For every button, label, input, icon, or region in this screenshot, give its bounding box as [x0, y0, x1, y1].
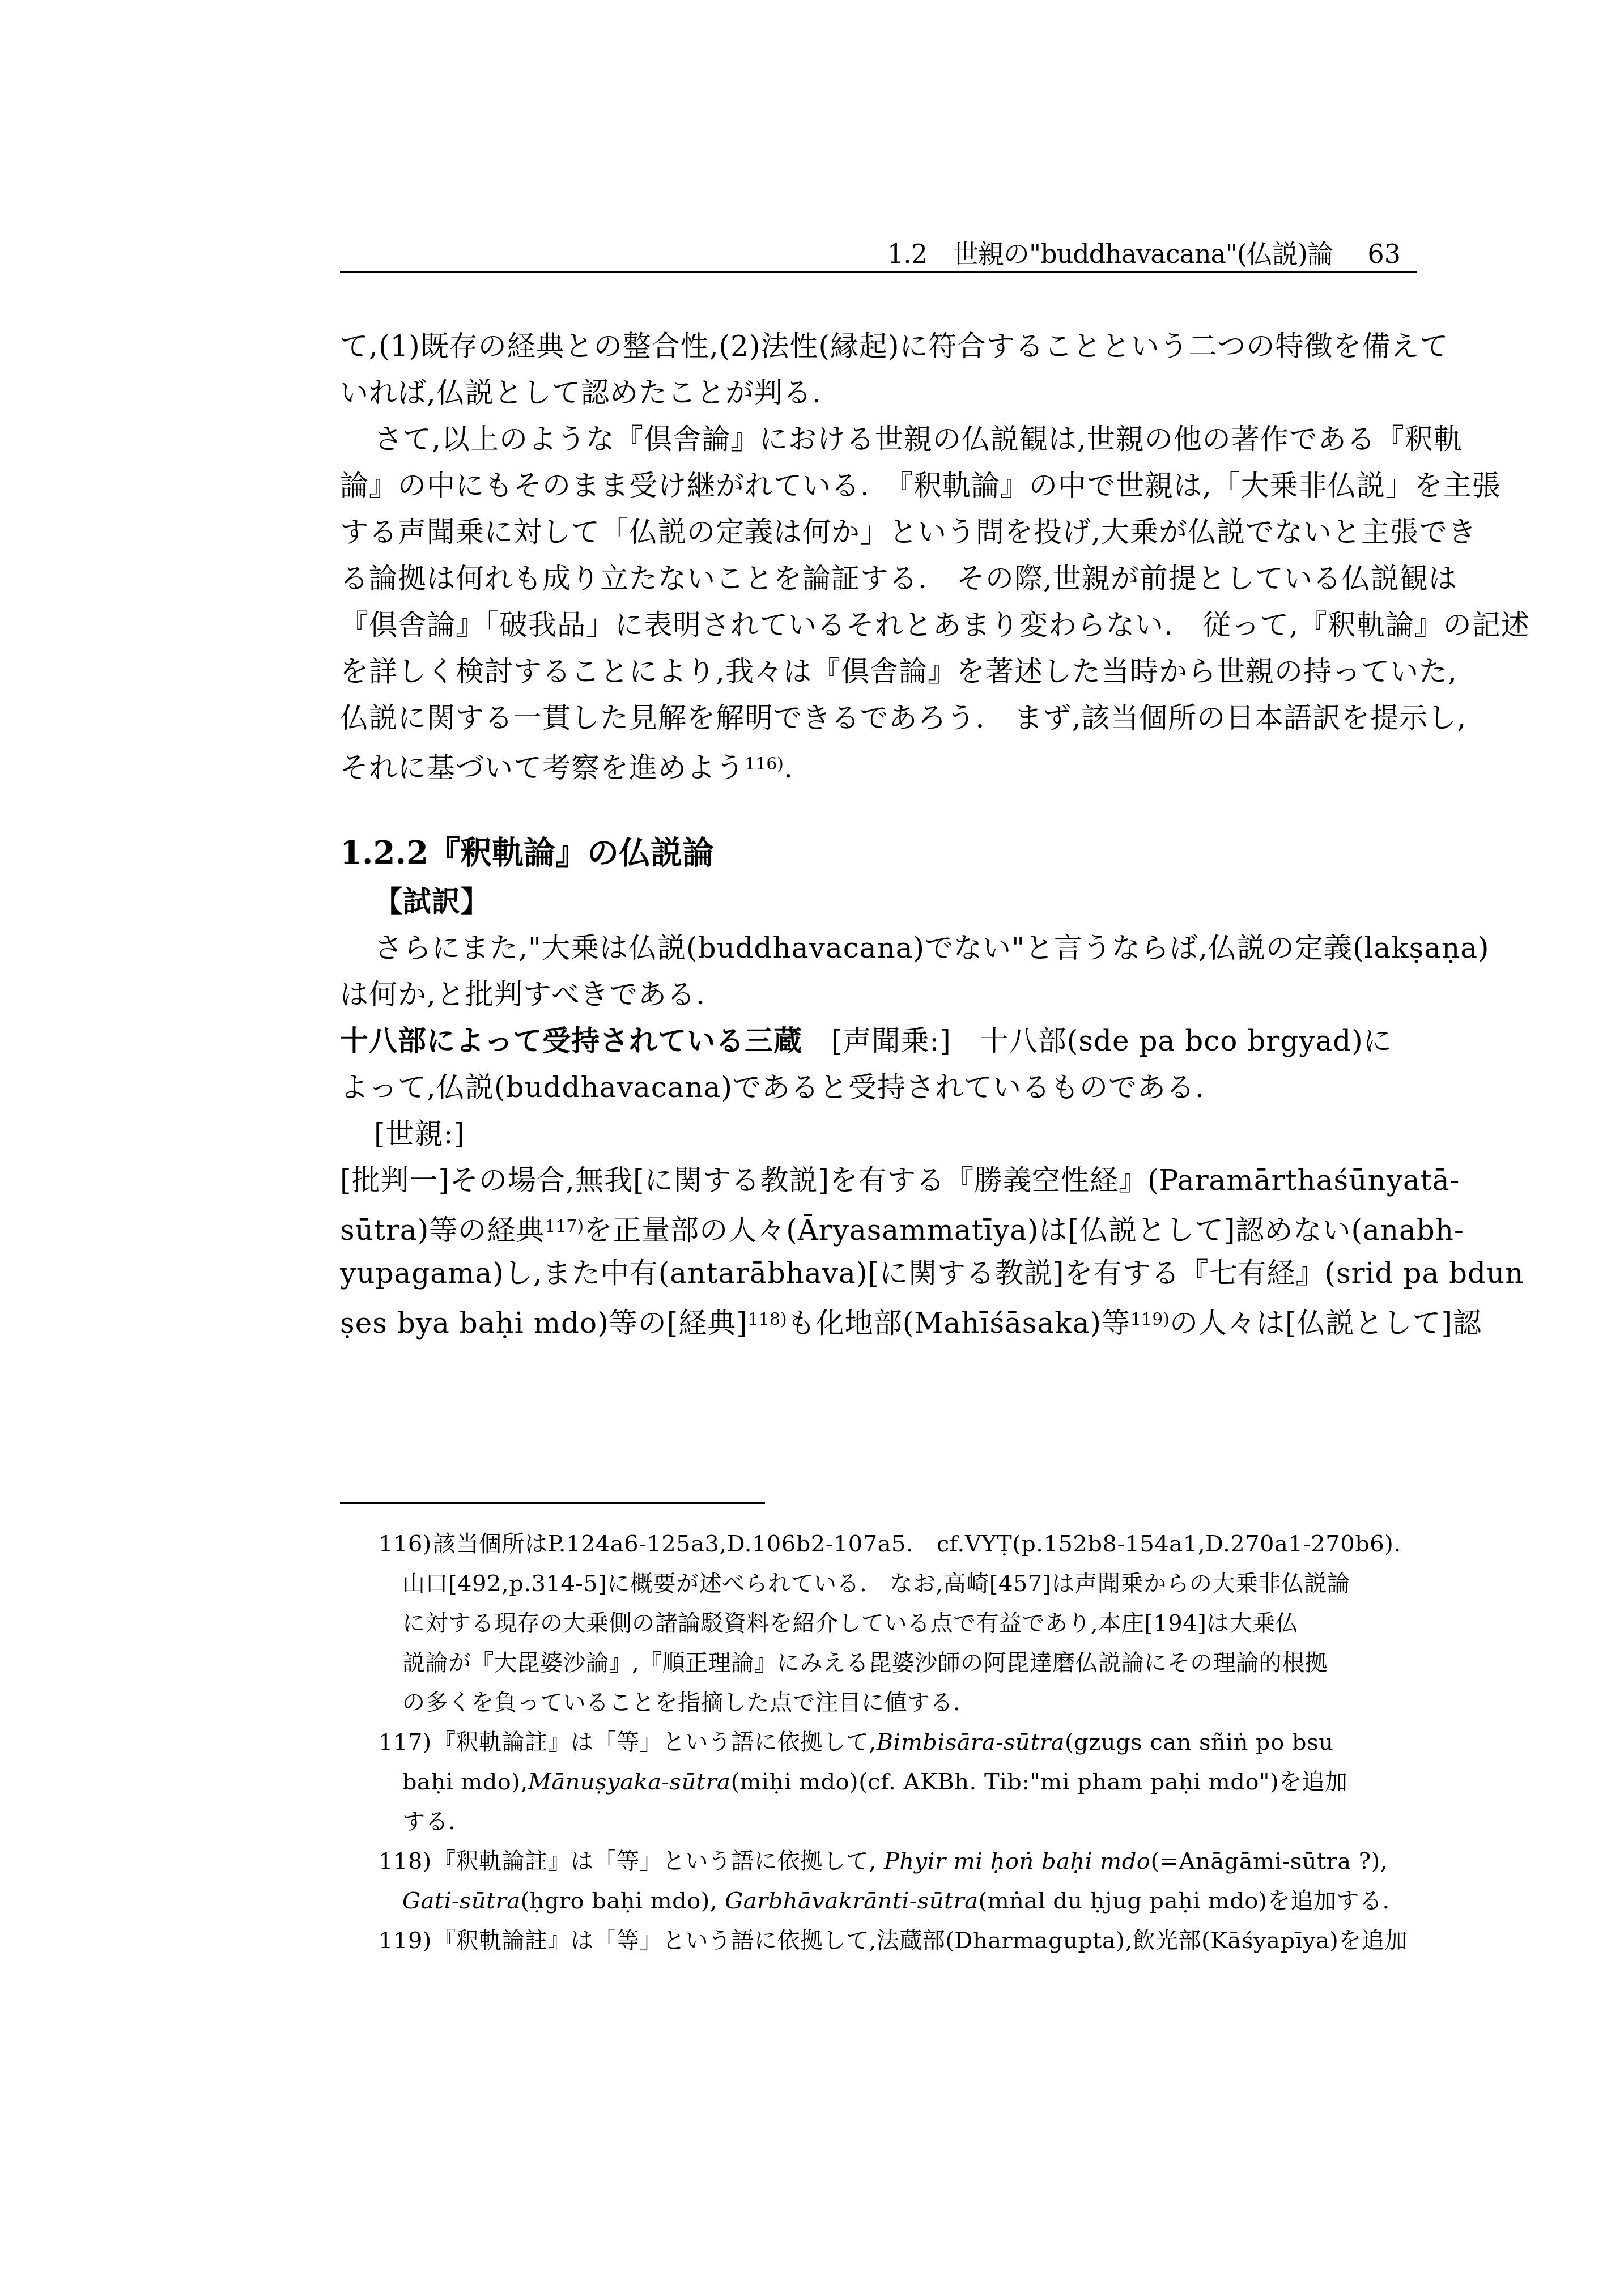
subheading: 【試訳】 [340, 878, 1377, 925]
footnote-ref-117[interactable]: 117) [545, 1217, 584, 1236]
footnotes: 116)該当個所はP.124a6-125a3,D.106b2-107a5. cf… [379, 1524, 1376, 1961]
footnote-line: baḥi mdo),Mānuṣyaka-sūtra(miḥi mdo)(cf. … [379, 1762, 1376, 1802]
text-line: [世親:] [340, 1111, 1377, 1157]
footnote-rule [340, 1502, 765, 1504]
sutra-title: Gati-sūtra [402, 1888, 521, 1914]
footnote-text: (=Anāgāmi-sūtra ?), [1150, 1848, 1388, 1874]
text-line: さて,以上のような『倶舎論』における世親の仏説観は,世親の他の著作である『釈軌 [340, 416, 1377, 462]
footnote-text: (miḥi mdo)(cf. AKBh. Tib:"mi pham paḥi m… [730, 1769, 1347, 1795]
footnote-text: (gzugs can sñiṅ po bsu [1065, 1729, 1333, 1755]
text-fragment: の人々は[仏説として]認 [1170, 1307, 1482, 1340]
text-line: する声聞乗に対して「仏説の定義は何か」という問を投げ,大乗が仏説でないと主張でき [340, 509, 1377, 555]
text-fragment: それに基づいて考察を進めよう [340, 751, 745, 784]
sutra-title: Phyir mi ḥoṅ baḥi mdo [884, 1848, 1151, 1874]
text-line: よって,仏説(buddhavacana)であると受持されているものである. [340, 1064, 1377, 1111]
text-line: る論拠は何れも成り立たないことを論証する. その際,世親が前提としている仏説観は [340, 555, 1377, 602]
footnote-text: (mṅal du ḥjug paḥi mdo)を追加する. [979, 1888, 1390, 1914]
section-heading: 1.2.2『釈軌論』の仏説論 [340, 827, 1377, 878]
sutra-title: Bimbisāra-sūtra [877, 1729, 1065, 1755]
footnote-117: 117)『釈軌論註』は「等」という語に依拠して,Bimbisāra-sūtra(… [379, 1723, 1376, 1762]
footnote-line: する. [379, 1802, 1376, 1842]
text-line: を詳しく検討することにより,我々は『倶舎論』を著述した当時から世親の持っていた, [340, 648, 1377, 695]
text-line: は何か,と批判すべきである. [340, 971, 1377, 1018]
sutra-title: Mānuṣyaka-sūtra [528, 1769, 731, 1795]
text-line: て,(1)既存の経典との整合性,(2)法性(縁起)に符合することという二つの特徴… [340, 323, 1377, 369]
footnote-text: (ḥgro baḥi mdo), [521, 1888, 725, 1914]
footnote-text: 『釈軌論註』は「等」という語に依拠して, [433, 1848, 884, 1874]
footnote-line: 山口[492,p.314-5]に概要が述べられている. なお,高崎[457]は声… [379, 1564, 1376, 1604]
footnote-line: の多くを負っていることを指摘した点で注目に値する. [379, 1683, 1376, 1723]
spacer [340, 788, 1377, 827]
text-fragment: sūtra)等の経典 [340, 1214, 545, 1247]
footnote-number: 119) [379, 1921, 433, 1961]
text-line: さらにまた,"大乗は仏説(buddhavacana)でない"と言うならば,仏説の… [340, 925, 1377, 971]
text-line: それに基づいて考察を進めよう116). [340, 741, 1377, 788]
page-number: 63 [1367, 237, 1401, 271]
footnote-text: baḥi mdo), [402, 1769, 528, 1795]
footnote-119: 119)『釈軌論註』は「等」という語に依拠して,法蔵部(Dharmagupta)… [379, 1921, 1376, 1961]
text-line: ṣes bya baḥi mdo)等の[経典]118)も化地部(Mahīśāsa… [340, 1296, 1377, 1343]
footnote-ref-119[interactable]: 119) [1130, 1309, 1170, 1329]
text-line: [批判一]その場合,無我[に関する教説]を有する『勝義空性経』(Paramārt… [340, 1157, 1377, 1204]
text-fragment: も化地部(Mahīśāsaka)等 [787, 1307, 1130, 1340]
running-header: 1.2 世親の"buddhavacana"(仏説)論 63 [340, 237, 1417, 271]
footnote-line: に対する現存の大乗側の諸論駁資料を紹介している点で有益であり,本庄[194]は大… [379, 1604, 1376, 1643]
footnote-text: 該当個所はP.124a6-125a3,D.106b2-107a5. cf.VYṬ… [433, 1531, 1401, 1557]
text-line: sūtra)等の経典117)を正量部の人々(Āryasammatīya)は[仏説… [340, 1204, 1377, 1250]
footnote-line: Gati-sūtra(ḥgro baḥi mdo), Garbhāvakrānt… [379, 1881, 1376, 1921]
footnote-text: 『釈軌論註』は「等」という語に依拠して, [433, 1729, 877, 1755]
footnote-number: 118) [379, 1842, 433, 1881]
text-line: 十八部によって受持されている三蔵 [声聞乗:] 十八部(sde pa bco b… [340, 1018, 1377, 1064]
footnote-text: 『釈軌論註』は「等」という語に依拠して,法蔵部(Dharmagupta),飲光部… [433, 1928, 1408, 1954]
footnote-number: 116) [379, 1524, 433, 1564]
body-text: て,(1)既存の経典との整合性,(2)法性(縁起)に符合することという二つの特徴… [340, 323, 1377, 1343]
text-fragment: ṣes bya baḥi mdo)等の[経典] [340, 1307, 748, 1340]
text-line: 論』の中にもそのまま受け継がれている. 『釈軌論』の中で世親は,「大乗非仏説」を… [340, 462, 1377, 509]
text-line: yupagama)し,また中有(antarābhava)[に関する教説]を有する… [340, 1250, 1377, 1296]
text-fragment: [声聞乗:] 十八部(sde pa bco brgyad)に [802, 1024, 1392, 1057]
footnote-118: 118)『釈軌論註』は「等」という語に依拠して, Phyir mi ḥoṅ ba… [379, 1842, 1376, 1881]
sutra-title: Garbhāvakrānti-sūtra [725, 1888, 978, 1914]
text-line: 『倶舎論』「破我品」に表明されているそれとあまり変わらない. 従って,『釈軌論』… [340, 602, 1377, 648]
running-header-title: 1.2 世親の"buddhavacana"(仏説)論 [887, 237, 1333, 271]
footnote-number: 117) [379, 1723, 433, 1762]
header-rule [340, 271, 1417, 273]
text-line: いれば,仏説として認めたことが判る. [340, 369, 1377, 416]
text-line: 仏説に関する一貫した見解を解明できるであろう. まず,該当個所の日本語訳を提示し… [340, 695, 1377, 741]
text-fragment: を正量部の人々(Āryasammatīya)は[仏説として]認めない(anabh… [584, 1214, 1464, 1247]
footnote-ref-118[interactable]: 118) [748, 1309, 787, 1329]
footnote-line: 説論が『大毘婆沙論』,『順正理論』にみえる毘婆沙師の阿毘達磨仏説論にその理論的根… [379, 1643, 1376, 1683]
text-fragment: . [784, 751, 793, 784]
footnote-ref-116[interactable]: 116) [745, 754, 784, 774]
book-page: 1.2 世親の"buddhavacana"(仏説)論 63 て,(1)既存の経典… [0, 0, 1624, 2296]
bold-term: 十八部によって受持されている三蔵 [340, 1024, 802, 1057]
footnote-116: 116)該当個所はP.124a6-125a3,D.106b2-107a5. cf… [379, 1524, 1376, 1564]
